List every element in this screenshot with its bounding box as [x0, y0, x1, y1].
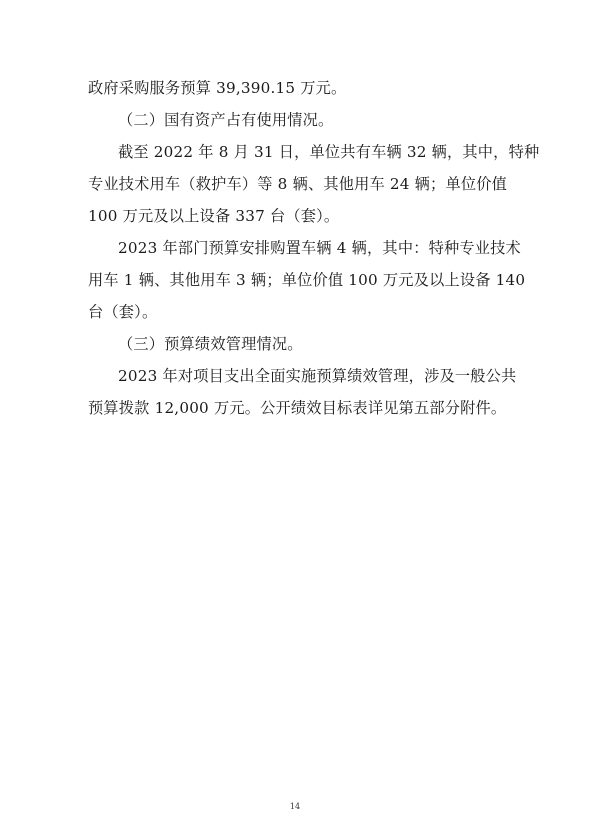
paragraph-line: 2023 年对项目支出全面实施预算绩效管理，涉及一般公共	[118, 366, 532, 386]
paragraph-line: 台（套）。	[88, 302, 502, 322]
page-number: 14	[0, 802, 590, 811]
paragraph-line: 专业技术用车（救护车）等 8 辆、其他用车 24 辆；单位价值	[88, 174, 502, 194]
paragraph-line: 政府采购服务预算 39,390.15 万元。	[88, 78, 502, 98]
section-heading: （二）国有资产占有使用情况。	[118, 110, 532, 130]
paragraph-line: 用车 1 辆、其他用车 3 辆；单位价值 100 万元及以上设备 140	[88, 270, 502, 290]
paragraph-line: 预算拨款 12,000 万元。公开绩效目标表详见第五部分附件。	[88, 398, 502, 418]
paragraph-line: 截至 2022 年 8 月 31 日，单位共有车辆 32 辆，其中，特种	[118, 142, 532, 162]
document-page: 政府采购服务预算 39,390.15 万元。 （二）国有资产占有使用情况。 截至…	[0, 0, 590, 835]
section-heading: （三）预算绩效管理情况。	[118, 334, 532, 354]
paragraph-line: 2023 年部门预算安排购置车辆 4 辆，其中：特种专业技术	[118, 238, 532, 258]
paragraph-line: 100 万元及以上设备 337 台（套）。	[88, 206, 502, 226]
